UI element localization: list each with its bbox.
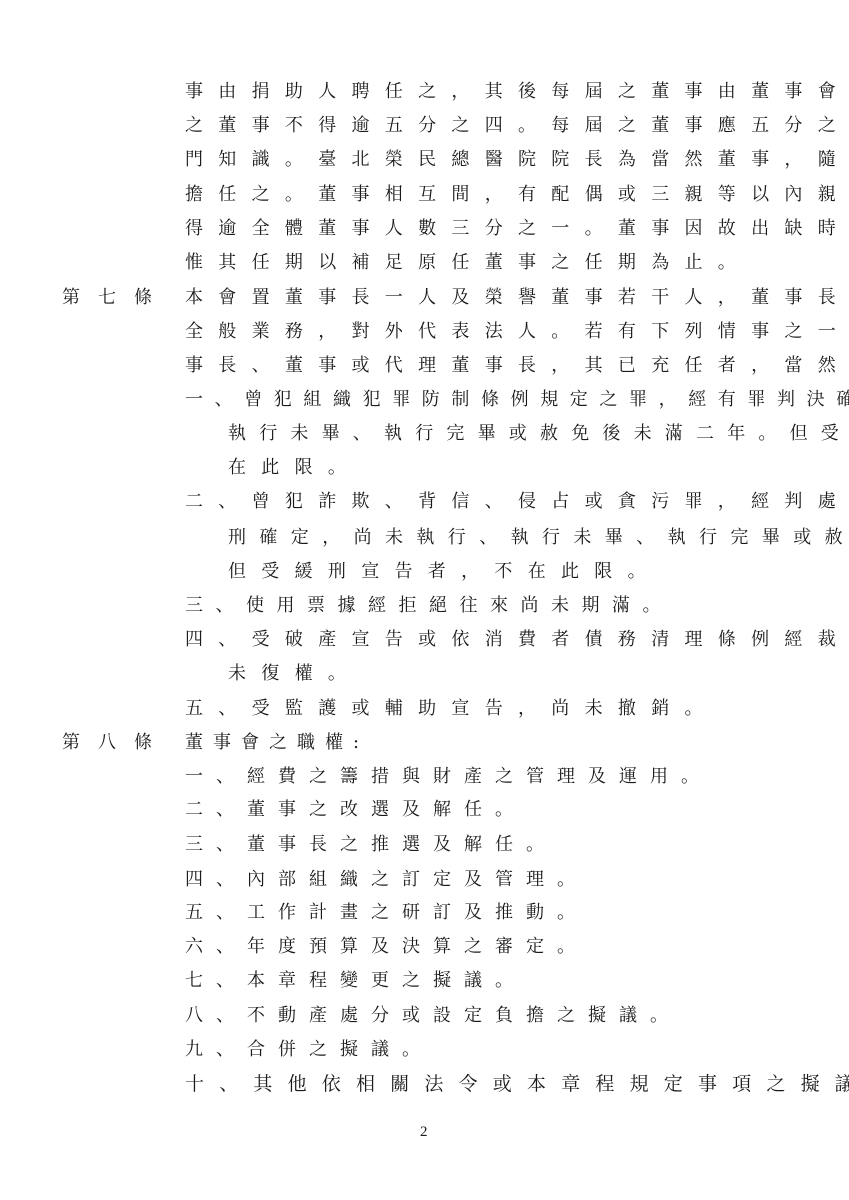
page-number: 2 [420, 1122, 428, 1142]
article-7-intro-line: 本會置董事長一人及榮譽董事若干人，董事長由董事互選之，綜理 [185, 286, 849, 310]
article-7-item-2-cont: 刑確定，尚未執行、執行未畢、執行完畢或赦免後未滿二年。 [228, 526, 849, 550]
article-8-item-7: 七、本章程變更之擬議。 [185, 969, 526, 993]
article-7-item-4: 四、受破產宣告或依消費者債務清理條例經裁定開始清算程序，尚 [185, 628, 849, 652]
article-8-label: 第八條 [62, 731, 170, 755]
article-8-item-1: 一、經費之籌措與財產之管理及運用。 [185, 765, 712, 789]
article-8-item-4: 四、內部組織之訂定及管理。 [185, 868, 588, 892]
article-8-item-2: 二、董事之改選及解任。 [185, 798, 526, 822]
paragraph-line: 擔任之。董事相互間，有配偶或三親等以內親屬關係者，其人數不 [185, 183, 849, 207]
article-8-item-5: 五、工作計畫之研訂及推動。 [185, 901, 588, 925]
article-7-item-4-cont: 未復權。 [228, 662, 361, 686]
article-7-item-2-cont: 但受緩刑宣告者，不在此限。 [228, 560, 661, 584]
article-7-item-2: 二、曾犯詐欺、背信、侵占或貪污罪，經判處有期徒刑一年以上之 [185, 490, 849, 514]
article-7-label: 第七條 [62, 286, 170, 310]
article-7-item-1-cont: 執行未畢、執行完畢或赦免後未滿二年。但受緩刑宣告者，不 [228, 422, 849, 446]
article-7-intro-line: 全般業務，對外代表法人。若有下列情事之一者，不得充任本會董 [185, 320, 849, 344]
article-7-item-1-cont: 在此限。 [228, 456, 361, 480]
article-8-item-8: 八、不動產處分或設定負擔之擬議。 [185, 1004, 681, 1028]
paragraph-line: 惟其任期以補足原任董事之任期為止。 [185, 251, 751, 275]
paragraph-line: 門知識。臺北榮民總醫院院長為當然董事，隨職務異動，由繼任人 [185, 148, 849, 172]
paragraph-line: 之董事不得逾五分之四。每屆之董事應五分之一以上具目的事業專 [185, 114, 849, 138]
article-7-item-5: 五、受監護或輔助宣告，尚未撤銷。 [185, 697, 718, 721]
article-8-intro: 董事會之職權: [185, 731, 369, 755]
article-8-item-10: 十、其他依相關法令或本章程規定事項之擬議或決議。 [185, 1072, 849, 1096]
article-8-item-9: 九、合併之擬議。 [185, 1038, 433, 1062]
article-8-item-3: 三、董事長之推選及解任。 [185, 833, 557, 857]
article-8-item-6: 六、年度預算及決算之審定。 [185, 935, 588, 959]
paragraph-line: 事由捐助人聘任之，其後每屆之董事由董事會遴選之，但連選連任 [185, 80, 849, 104]
article-7-item-3: 三、使用票據經拒絕往來尚未期滿。 [185, 594, 673, 618]
document-page: 事由捐助人聘任之，其後每屆之董事由董事會遴選之，但連選連任 之董事不得逾五分之四… [0, 0, 849, 1200]
paragraph-line: 得逾全體董事人數三分之一。董事因故出缺時，由董事會遴聘之， [185, 217, 849, 241]
article-7-intro-line: 事長、董事或代理董事長，其已充任者，當然解任： [185, 354, 849, 378]
article-7-item-1: 一、曾犯組織犯罪防制條例規定之罪，經有罪判決確定，尚未執行、 [185, 388, 849, 412]
